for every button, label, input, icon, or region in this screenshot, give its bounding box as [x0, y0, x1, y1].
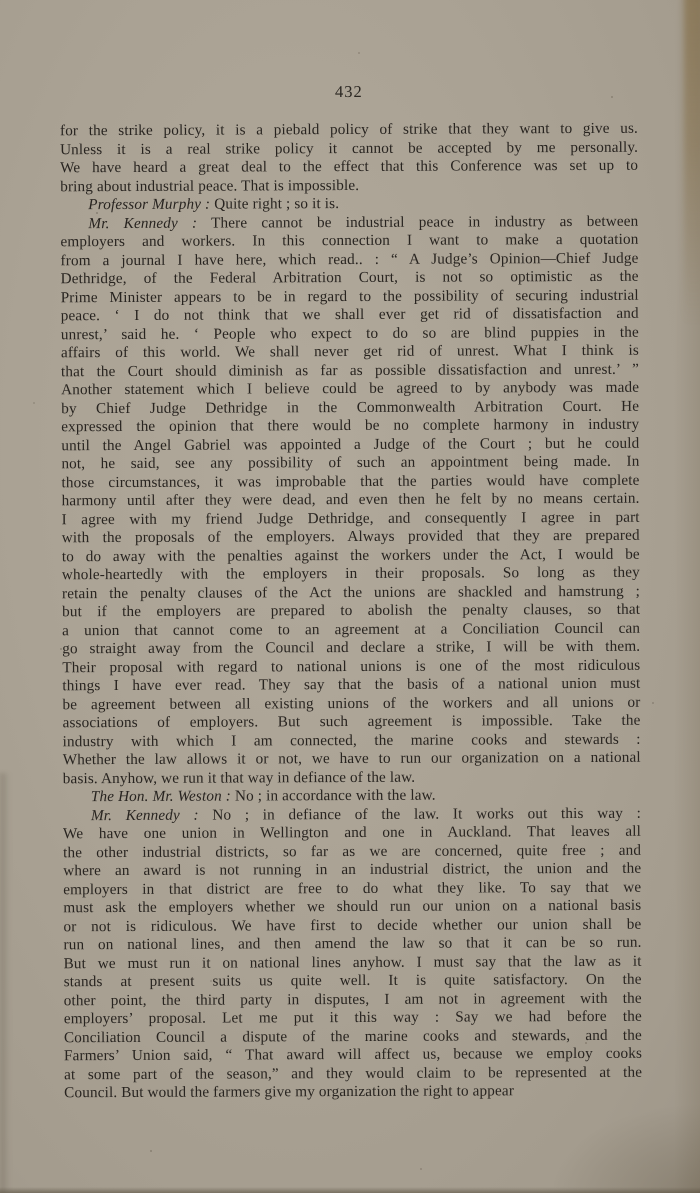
- text-segment: Prime Minister appears to be in regard t…: [61, 286, 639, 306]
- text-line: retain the penalty clauses of the Act th…: [62, 582, 640, 603]
- page-content: 432 for the strike policy, it is a pieba…: [0, 0, 700, 1193]
- text-line: until the Angel Gabriel was appointed a …: [61, 434, 639, 455]
- text-line: Whether the law allows it or not, we hav…: [63, 749, 641, 770]
- text-line: affairs of this world. We shall never ge…: [61, 342, 639, 363]
- speaker-name: Professor Murphy :: [88, 196, 210, 214]
- text-segment: the other industrial districts, so far a…: [63, 841, 641, 861]
- text-line: must ask the employers whether we should…: [63, 897, 641, 918]
- text-line: Farmers’ Union said, “ That award will a…: [64, 1045, 642, 1066]
- text-segment: for the strike policy, it is a piebald p…: [60, 120, 638, 140]
- text-segment: No ; in accordance with the law.: [231, 787, 436, 805]
- text-line: those circumstances, it was improbable t…: [61, 471, 639, 492]
- text-line: We have heard a great deal to the effect…: [60, 157, 638, 178]
- text-line: other point, the third party in disputes…: [64, 989, 642, 1010]
- text-segment: Quite right ; so it is.: [210, 195, 339, 213]
- text-line: from a journal I have here, which read..…: [60, 249, 638, 270]
- text-segment: affairs of this world. We shall never ge…: [61, 342, 639, 362]
- text-line: Dethridge, of the Federal Arbitration Co…: [61, 268, 639, 289]
- text-line: things I have ever read. They say that t…: [62, 675, 640, 696]
- text-line: Council. But would the farmers give my o…: [64, 1082, 642, 1103]
- text-segment: stands at present suits us quite well. I…: [64, 971, 642, 991]
- text-line: bring about industrial peace. That is im…: [60, 175, 638, 196]
- text-segment: things I have ever read. They say that t…: [62, 675, 640, 695]
- text-segment: retain the penalty clauses of the Act th…: [62, 582, 640, 602]
- text-line: employers and workers. In this connectio…: [60, 231, 638, 252]
- text-segment: harmony until after they were dead, and …: [62, 490, 640, 510]
- speaker-name: Mr. Kennedy :: [91, 806, 199, 823]
- text-line: the other industrial districts, so far a…: [63, 841, 641, 862]
- text-line: to do away with the penalties against th…: [62, 545, 640, 566]
- text-segment: run on national lines, and then amend th…: [63, 934, 641, 954]
- text-segment: associations of employers. But such agre…: [63, 712, 641, 732]
- text-segment: that the Court should diminish as far as…: [61, 360, 639, 380]
- text-segment: but if the employers are prepared to abo…: [62, 601, 640, 621]
- text-segment: other point, the third party in disputes…: [64, 989, 642, 1009]
- text-block: for the strike policy, it is a piebald p…: [60, 120, 642, 1103]
- text-line: But we must run it on national lines any…: [64, 952, 642, 973]
- text-segment: expressed the opinion that there would b…: [61, 416, 639, 436]
- text-segment: not, he said, see any possibility of suc…: [61, 453, 639, 473]
- text-segment: or not is ridiculous. We have first to d…: [63, 915, 641, 935]
- text-segment: by Chief Judge Dethridge in the Commonwe…: [61, 397, 639, 417]
- speaker-name: The Hon. Mr. Weston :: [91, 788, 231, 806]
- text-segment: basis. Anyhow, we run it that way in def…: [63, 768, 416, 787]
- text-segment: until the Angel Gabriel was appointed a …: [61, 434, 639, 454]
- text-line: The Hon. Mr. Weston : No ; in accordance…: [63, 786, 641, 807]
- text-line: where an award is not running in an indu…: [63, 860, 641, 881]
- text-segment: We have one union in Wellington and one …: [63, 823, 641, 843]
- text-segment: Unless it is a real strike policy it can…: [60, 138, 638, 158]
- text-segment: employers and workers. In this connectio…: [60, 231, 638, 251]
- text-segment: be agreement between all existing unions…: [62, 693, 640, 713]
- text-line: Mr. Kennedy : There cannot be industrial…: [60, 212, 638, 233]
- text-line: or not is ridiculous. We have first to d…: [63, 915, 641, 936]
- text-segment: a union that cannot come to an agreement…: [62, 619, 640, 639]
- text-line: with the proposals of the employers. Alw…: [62, 527, 640, 548]
- text-line: Their proposal with regard to national u…: [62, 656, 640, 677]
- text-segment: Whether the law allows it or not, we hav…: [63, 749, 641, 769]
- text-line: We have one union in Wellington and one …: [63, 823, 641, 844]
- text-segment: Dethridge, of the Federal Arbitration Co…: [61, 268, 639, 288]
- text-segment: employers’ proposal. Let me put it this …: [64, 1008, 642, 1028]
- text-segment: must ask the employers whether we should…: [63, 897, 641, 917]
- text-line: Prime Minister appears to be in regard t…: [61, 286, 639, 307]
- text-segment: industry with which I am connected, the …: [63, 730, 641, 750]
- text-line: by Chief Judge Dethridge in the Commonwe…: [61, 397, 639, 418]
- text-line: be agreement between all existing unions…: [62, 693, 640, 714]
- text-segment: Another statement which I believe could …: [61, 379, 639, 399]
- text-segment: bring about industrial peace. That is im…: [60, 176, 359, 194]
- text-segment: No ; in defiance of the law. It works ou…: [199, 804, 641, 823]
- text-line: employers in that district are free to d…: [63, 878, 641, 899]
- text-line: at some part of the season,” and they wo…: [64, 1063, 642, 1084]
- text-line: Mr. Kennedy : No ; in defiance of the la…: [63, 804, 641, 825]
- text-segment: from a journal I have here, which read..…: [60, 249, 638, 269]
- text-line: expressed the opinion that there would b…: [61, 416, 639, 437]
- text-line: industry with which I am connected, the …: [63, 730, 641, 751]
- text-segment: where an award is not running in an indu…: [63, 860, 641, 880]
- text-segment: Their proposal with regard to national u…: [62, 656, 640, 676]
- text-line: peace. ‘ I do not think that we shall ev…: [61, 305, 639, 326]
- text-line: a union that cannot come to an agreement…: [62, 619, 640, 640]
- text-line: Conciliation Council a dispute of the ma…: [64, 1026, 642, 1047]
- text-line: for the strike policy, it is a piebald p…: [60, 120, 638, 141]
- text-line: Professor Murphy : Quite right ; so it i…: [60, 194, 638, 215]
- text-line: Unless it is a real strike policy it can…: [60, 138, 638, 159]
- text-segment: But we must run it on national lines any…: [64, 952, 642, 972]
- text-line: I agree with my friend Judge Dethridge, …: [62, 508, 640, 529]
- text-segment: employers in that district are free to d…: [63, 878, 641, 898]
- speaker-name: Mr. Kennedy :: [88, 214, 197, 231]
- text-line: Another statement which I believe could …: [61, 379, 639, 400]
- text-segment: with the proposals of the employers. Alw…: [62, 527, 640, 547]
- text-line: harmony until after they were dead, and …: [62, 490, 640, 511]
- page-number: 432: [60, 81, 638, 104]
- text-segment: There cannot be industrial peace in indu…: [197, 212, 638, 231]
- text-line: go straight away from the Council and de…: [62, 638, 640, 659]
- text-segment: whole-heartedly with the employers in th…: [62, 564, 640, 584]
- text-segment: Farmers’ Union said, “ That award will a…: [64, 1045, 642, 1065]
- text-segment: unrest,’ said he. ‘ People who expect to…: [61, 323, 639, 343]
- text-segment: those circumstances, it was improbable t…: [61, 471, 639, 491]
- text-segment: Council. But would the farmers give my o…: [64, 1082, 514, 1101]
- text-line: not, he said, see any possibility of suc…: [61, 453, 639, 474]
- text-segment: at some part of the season,” and they wo…: [64, 1063, 642, 1083]
- text-segment: We have heard a great deal to the effect…: [60, 157, 638, 177]
- text-line: that the Court should diminish as far as…: [61, 360, 639, 381]
- text-segment: Conciliation Council a dispute of the ma…: [64, 1026, 642, 1046]
- text-segment: I agree with my friend Judge Dethridge, …: [62, 508, 640, 528]
- text-segment: peace. ‘ I do not think that we shall ev…: [61, 305, 639, 325]
- text-line: whole-heartedly with the employers in th…: [62, 564, 640, 585]
- text-line: associations of employers. But such agre…: [63, 712, 641, 733]
- scanned-page: 432 for the strike policy, it is a pieba…: [0, 0, 700, 1193]
- text-line: basis. Anyhow, we run it that way in def…: [63, 767, 641, 788]
- text-line: run on national lines, and then amend th…: [63, 934, 641, 955]
- text-line: but if the employers are prepared to abo…: [62, 601, 640, 622]
- text-line: stands at present suits us quite well. I…: [64, 971, 642, 992]
- text-segment: to do away with the penalties against th…: [62, 545, 640, 565]
- text-line: employers’ proposal. Let me put it this …: [64, 1008, 642, 1029]
- text-line: unrest,’ said he. ‘ People who expect to…: [61, 323, 639, 344]
- text-segment: go straight away from the Council and de…: [62, 638, 640, 658]
